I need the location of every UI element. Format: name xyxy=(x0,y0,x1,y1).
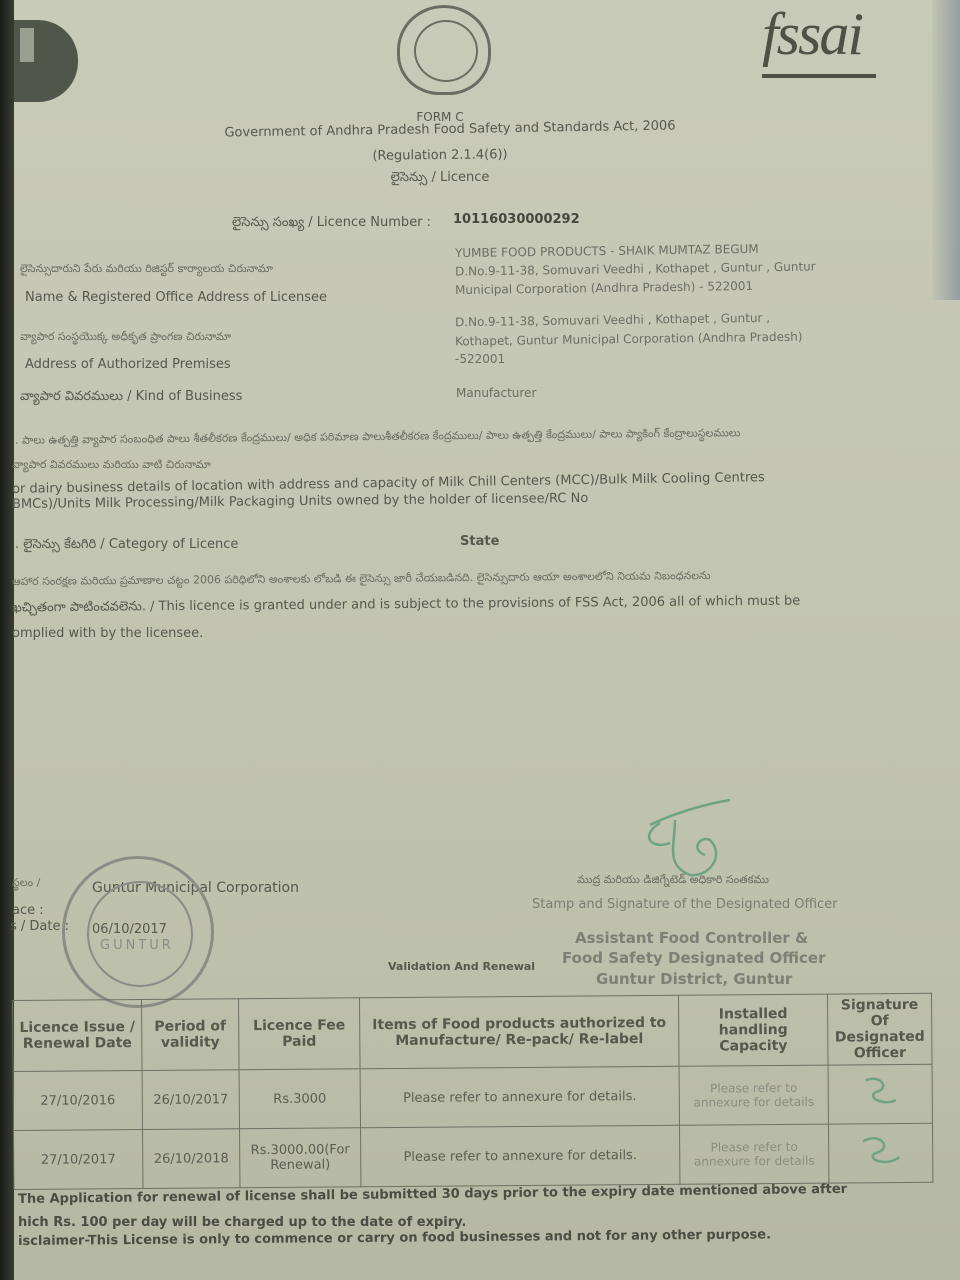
licence-number: 10116030000292 xyxy=(453,212,580,227)
cell-fee: Rs.3000 xyxy=(239,1069,360,1129)
table-row: 27/10/2017 26/10/2018 Rs.3000.00(For Ren… xyxy=(14,1123,933,1189)
col-signature: Signature Of Designated Officer xyxy=(827,993,932,1065)
cell-signature xyxy=(828,1123,932,1183)
officer-signature xyxy=(630,795,740,885)
business-kind-value: Manufacturer xyxy=(456,386,536,400)
cell-issue-date: 27/10/2017 xyxy=(14,1129,143,1189)
government-title: Government of Andhra Pradesh Food Safety… xyxy=(195,118,705,141)
officer-signature xyxy=(851,1129,911,1173)
cell-items: Please refer to annexure for details. xyxy=(361,1125,680,1187)
col-issue-date: Licence Issue / Renewal Date xyxy=(13,999,143,1071)
cell-items: Please refer to annexure for details. xyxy=(360,1066,679,1128)
signature-label-te: ముద్ర మరియు డిజిగ్నేటెడ్ అధికారి సంతకము xyxy=(577,873,769,889)
office-stamp xyxy=(62,856,214,1008)
cell-validity: 26/10/2017 xyxy=(142,1070,239,1130)
officer-title-line2: Food Safety Designated Officer xyxy=(562,949,825,967)
officer-signature xyxy=(850,1070,910,1114)
validation-title: Validation And Renewal xyxy=(388,960,535,973)
dairy-label-te-1: . పాలు ఉత్పత్తి వ్యాపార సంబంధిత పాలు శీత… xyxy=(15,426,741,450)
cell-capacity: Please refer to annexure for details xyxy=(679,1065,828,1125)
premises-address-line2: Kothapet, Guntur Municipal Corporation (… xyxy=(455,330,803,349)
place-label: ace : xyxy=(12,903,44,918)
dairy-label-te-2: వ్యాపార వివరములు మరియు వాటి చిరునామా xyxy=(12,458,211,474)
place-label-te: స్థలం / xyxy=(12,876,40,892)
cell-fee: Rs.3000.00(For Renewal) xyxy=(240,1128,361,1188)
col-fee: Licence Fee Paid xyxy=(238,998,360,1070)
licensee-address-line1: D.No.9-11-38, Somuvari Veedhi , Kothapet… xyxy=(455,259,816,278)
state-emblem-icon xyxy=(397,5,491,95)
provisions-line2: ఖచ్చితంగా పాటించవలెను. / This licence is… xyxy=(12,594,800,619)
officer-title-line3: Guntur District, Guntur xyxy=(596,970,792,988)
officer-title-line1: Assistant Food Controller & xyxy=(575,929,808,947)
stamp-city: GUNTUR xyxy=(100,938,174,953)
premises-label: Address of Authorized Premises xyxy=(25,357,231,372)
licence-number-label: లైసెన్సు సంఖ్య / Licence Number : xyxy=(232,215,431,233)
category-label: . లైసెన్సు కేటగిరి / Category of Licence xyxy=(15,537,238,555)
table-header-row: Licence Issue / Renewal Date Period of v… xyxy=(13,993,933,1071)
provisions-line3: omplied with by the licensee. xyxy=(12,626,203,641)
date-label: s / Date : xyxy=(10,919,69,934)
cell-issue-date: 27/10/2016 xyxy=(13,1070,142,1130)
fssai-logo-underline xyxy=(762,74,876,78)
licensee-name: YUMBE FOOD PRODUCTS - SHAIK MUMTAZ BEGUM xyxy=(455,242,759,260)
signature-label: Stamp and Signature of the Designated Of… xyxy=(532,897,838,912)
licensee-address-line2: Municipal Corporation (Andhra Pradesh) -… xyxy=(455,279,753,297)
fssai-logo: fssai xyxy=(762,0,862,69)
col-capacity: Installed handling Capacity xyxy=(678,994,828,1066)
premises-address-line1: D.No.9-11-38, Somuvari Veedhi , Kothapet… xyxy=(455,311,770,329)
licensee-label-te: లైసెన్సుదారుని పేరు మరియు రిజిస్టర్ కార్… xyxy=(20,262,273,278)
business-kind-label: వ్యాపార వివరములు / Kind of Business xyxy=(20,389,242,407)
left-seal-icon xyxy=(14,20,78,102)
cell-validity: 26/10/2018 xyxy=(143,1129,240,1189)
footer-renewal-note-2: hich Rs. 100 per day will be charged up … xyxy=(18,1215,466,1230)
photo-edge-right xyxy=(932,0,960,300)
category-value: State xyxy=(460,534,499,549)
cell-signature xyxy=(828,1064,932,1124)
premises-label-te: వ్యాపార సంస్థయొక్క అధీకృత ప్రాంగణ చిరునా… xyxy=(20,330,231,346)
regulation: (Regulation 2.1.4(6)) xyxy=(340,147,540,164)
cell-capacity: Please refer to annexure for details xyxy=(680,1124,829,1184)
validation-table: Licence Issue / Renewal Date Period of v… xyxy=(12,993,933,1190)
provisions-te: ఆహార సంరక్షణ మరియు ప్రమాణాల చట్టం 2006 ప… xyxy=(12,569,711,591)
col-validity: Period of validity xyxy=(141,999,239,1071)
licensee-label: Name & Registered Office Address of Lice… xyxy=(25,290,327,305)
col-items: Items of Food products authorized to Man… xyxy=(359,995,679,1069)
licence-title: లైసెన్సు / Licence xyxy=(360,170,520,188)
premises-address-line3: -522001 xyxy=(455,352,505,366)
table-row: 27/10/2016 26/10/2017 Rs.3000 Please ref… xyxy=(13,1064,932,1130)
footer-disclaimer: isclaimer-This License is only to commen… xyxy=(18,1227,771,1249)
